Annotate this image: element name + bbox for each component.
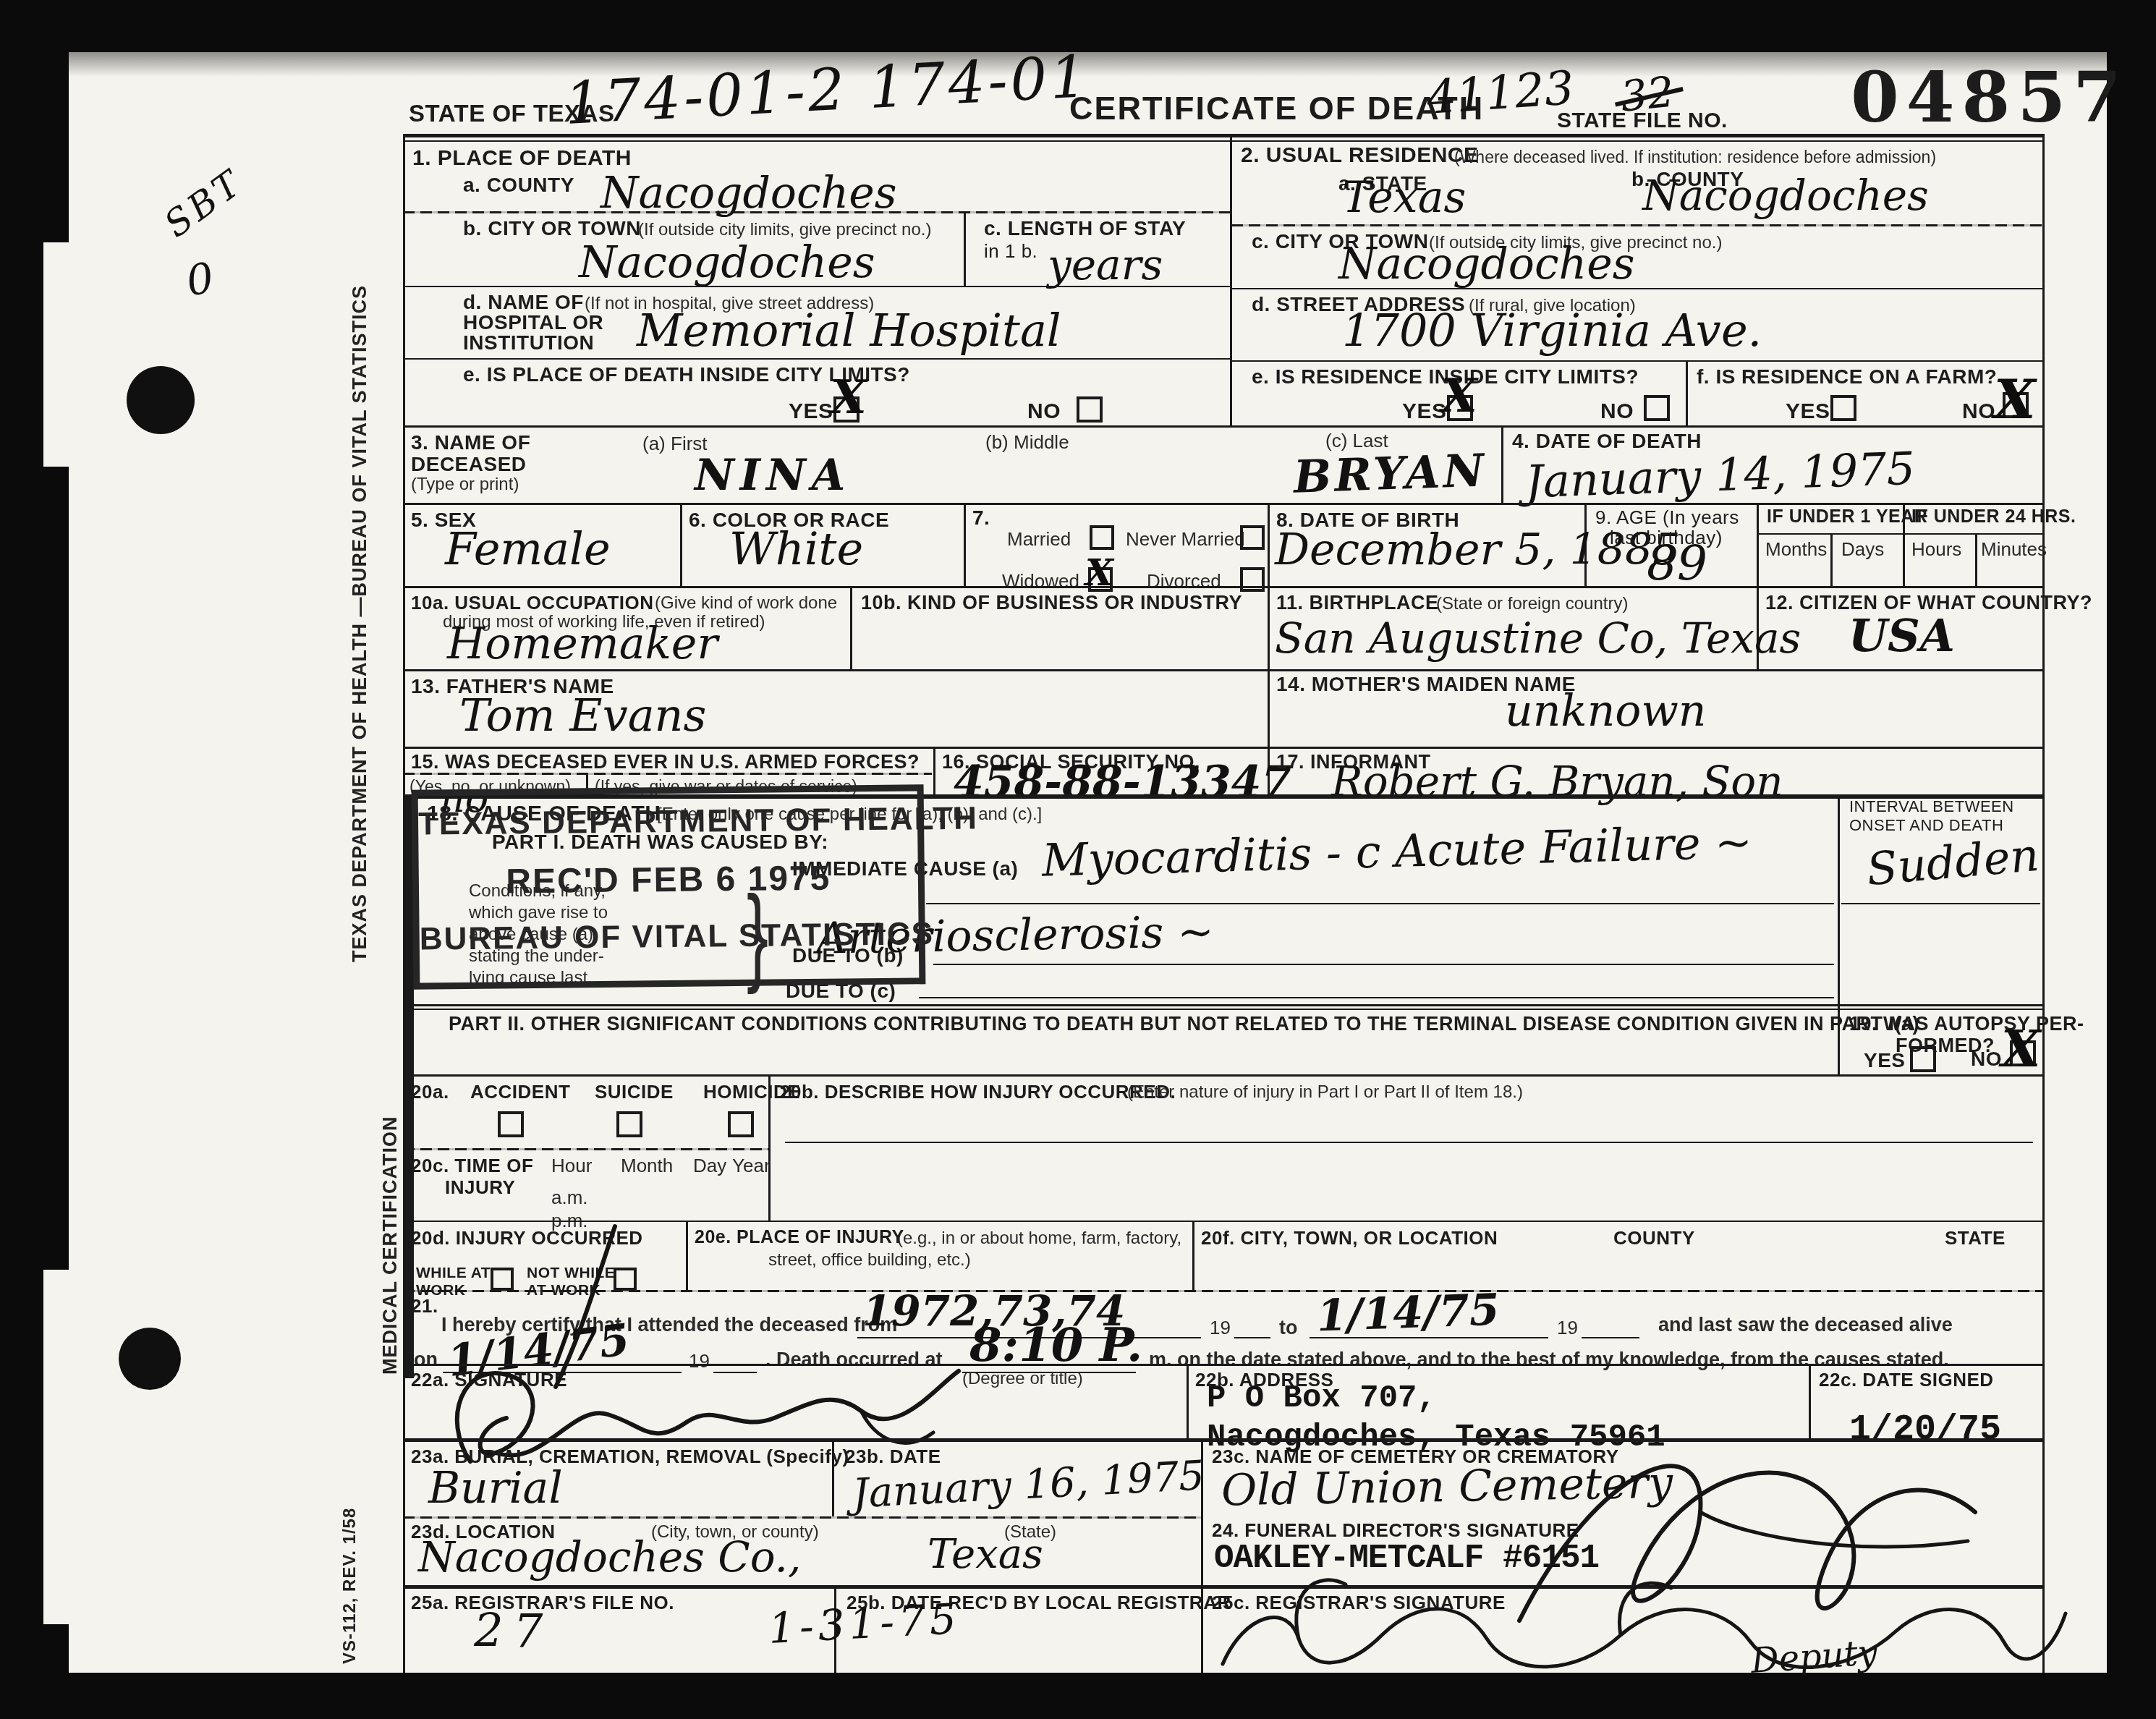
residence-limits-yes-mark: X — [1441, 369, 1477, 423]
hospital-label3: INSTITUTION — [463, 331, 594, 355]
farm-yes-checkbox — [1830, 395, 1856, 421]
length-of-stay-label: c. LENGTH OF STAY — [984, 217, 1186, 240]
registrar-signature — [1201, 1563, 2084, 1700]
name-of-label: 3. NAME OF — [411, 431, 530, 454]
to-label: to — [1279, 1317, 1297, 1339]
autopsy-yes-label: YES — [1864, 1049, 1906, 1072]
industry-label: 10b. KIND OF BUSINESS OR INDUSTRY — [861, 592, 1242, 614]
certify-text3: m. on the date stated above, and to the … — [1149, 1349, 1949, 1371]
while-at-work-label: WHILE AT — [416, 1265, 491, 1282]
autopsy-yes-checkbox — [1910, 1046, 1936, 1072]
time-of-injury-label: 20c. TIME OF — [411, 1155, 533, 1177]
farm-label: f. IS RESIDENCE ON A FARM? — [1697, 365, 1997, 389]
injury-state-label: STATE — [1945, 1227, 2006, 1249]
days-label: Days — [1841, 538, 1884, 561]
pod-limits-yes-mark: X — [831, 370, 867, 425]
describe-injury-label: 20b. DESCRIBE HOW INJURY OCCURRED. — [780, 1081, 1176, 1103]
armed-forces-label: 15. WAS DECEASED EVER IN U.S. ARMED FORC… — [411, 751, 920, 773]
year-prefix-2: 19 — [1557, 1317, 1578, 1339]
scan-edge-left-mid — [0, 467, 69, 1270]
last-name-value: BRYAN — [1293, 443, 1487, 503]
pod-limits-no-label: NO — [1027, 399, 1061, 424]
street-address-value: 1700 Virginia Ave. — [1342, 304, 1762, 357]
place-of-death-section-label: 1. PLACE OF DEATH — [412, 146, 632, 171]
stamp-line3: BUREAU OF VITAL STATISTICS — [419, 916, 918, 957]
birthplace-label: 11. BIRTHPLACE — [1276, 592, 1439, 614]
interval-label: INTERVAL BETWEEN — [1849, 797, 2014, 816]
autopsy-label: 19. WAS AUTOPSY PER- — [1849, 1013, 2084, 1035]
attended-to-value: 1/14/75 — [1316, 1285, 1501, 1342]
certify-item-label: 21. — [411, 1295, 438, 1317]
pod-limits-no-checkbox — [1077, 396, 1103, 423]
residence-section-hint: (Where deceased lived. If institution: r… — [1454, 148, 1936, 167]
place-of-injury-hint: (e.g., in or about home, farm, factory, — [897, 1228, 1181, 1249]
certificate-title: CERTIFICATE OF DEATH — [1069, 90, 1484, 127]
margin-form-code: VS-112, REV. 1/58 — [340, 1476, 360, 1664]
registrar-file-value: 27 — [474, 1605, 553, 1658]
first-name-value: NINA — [695, 450, 851, 501]
father-value: Tom Evans — [459, 689, 706, 742]
punch-hole-top — [127, 366, 195, 434]
length-of-stay-value: years — [1048, 240, 1163, 289]
homicide-checkbox — [728, 1111, 754, 1137]
year-prefix-1: 19 — [1210, 1317, 1231, 1339]
pod-limits-yes-label: YES — [789, 399, 833, 424]
hospital-value: Memorial Hospital — [637, 304, 1061, 357]
birthplace-value: San Augustine Co, Texas — [1275, 614, 1801, 663]
interval-label2: ONSET AND DEATH — [1849, 816, 2003, 835]
describe-injury-hint: (Enter nature of injury in Part I or Par… — [1127, 1082, 1523, 1103]
residence-state-value: Texas — [1342, 172, 1466, 223]
accident-section-label: 20a. — [411, 1081, 449, 1103]
pen-stroke-artifact — [556, 1226, 621, 1389]
residence-city-value: Nacogdoches — [1338, 239, 1634, 289]
age-value: 89 — [1647, 535, 1707, 591]
margin-vertical-agency: TEXAS DEPARTMENT OF HEALTH —BUREAU OF VI… — [349, 311, 371, 962]
location-state-value: Texas — [928, 1531, 1043, 1578]
farm-yes-label: YES — [1786, 399, 1830, 424]
sex-value: Female — [445, 522, 611, 575]
hour-label: Hour — [551, 1155, 592, 1177]
while-at-work-checkbox — [491, 1268, 514, 1291]
never-married-checkbox — [1240, 525, 1265, 550]
citizen-value: USA — [1849, 609, 1955, 662]
stamp-line2: REC'D FEB 6 1975 — [419, 857, 919, 902]
residence-limits-no-checkbox — [1644, 395, 1670, 421]
residence-county-value: Nacogdoches — [1642, 171, 1929, 220]
autopsy-no-label: NO — [1971, 1048, 2002, 1071]
time-of-injury-label2: INJURY — [445, 1176, 515, 1199]
margin-vertical-medical-certification: MEDICAL CERTIFICATION — [379, 1035, 402, 1375]
type-or-print-hint: (Type or print) — [411, 475, 519, 495]
deceased-label: DECEASED — [411, 453, 527, 476]
accident-checkbox — [498, 1111, 524, 1137]
place-of-injury-label: 20e. PLACE OF INJURY — [695, 1227, 904, 1248]
year-label: Year — [732, 1155, 771, 1177]
certificate-number: 04857 — [1851, 56, 2129, 138]
middle-name-label: (b) Middle — [985, 431, 1069, 454]
scan-edge-right — [2107, 0, 2156, 1719]
part2-label: PART II. OTHER SIGNIFICANT CONDITIONS CO… — [449, 1013, 1919, 1035]
mother-value: unknown — [1505, 686, 1706, 737]
minutes-label: Minutes — [1981, 538, 2047, 561]
married-checkbox — [1090, 525, 1114, 550]
month-label: Month — [621, 1155, 673, 1177]
burial-value: Burial — [428, 1463, 563, 1514]
am-label: a.m. — [551, 1187, 588, 1209]
autopsy-no-mark: X — [2001, 1019, 2040, 1079]
occupation-value: Homemaker — [447, 619, 718, 669]
residence-section-label: 2. USUAL RESIDENCE — [1241, 143, 1479, 168]
if-under-year-label: IF UNDER 1 YEAR — [1767, 506, 1927, 527]
occupation-label: 10a. USUAL OCCUPATION — [411, 592, 654, 614]
injury-city-label: 20f. CITY, TOWN, OR LOCATION — [1201, 1227, 1498, 1249]
place-of-injury-hint2: street, office building, etc.) — [768, 1250, 971, 1270]
punch-hole-bottom — [119, 1328, 181, 1390]
day-label: Day — [693, 1155, 726, 1177]
suicide-label: SUICIDE — [595, 1081, 674, 1103]
pod-city-value: Nacogdoches — [579, 237, 875, 288]
farm-no-label: NO — [1962, 399, 1995, 424]
divorced-label: Divorced — [1147, 570, 1221, 593]
state-file-no-label: STATE FILE NO. — [1557, 109, 1728, 133]
stamp-line1: TEXAS DEPARTMENT OF HEALTH — [418, 801, 917, 842]
accident-label: ACCIDENT — [470, 1081, 570, 1103]
if-under-24-label: IF UNDER 24 HRS. — [1911, 506, 2076, 527]
burial-date-label: 23b. DATE — [845, 1446, 941, 1468]
scanned-death-certificate: SBT 0 TEXAS DEPARTMENT OF HEALTH —BUREAU… — [0, 0, 2156, 1719]
address-value-line1: P O Box 707, — [1207, 1380, 1436, 1417]
age-label: 9. AGE (In years — [1595, 506, 1739, 529]
birthplace-hint: (State or foreign country) — [1436, 594, 1628, 614]
months-label: Months — [1765, 538, 1827, 561]
scan-edge-left-upper — [0, 0, 69, 242]
degree-title-label: (Degree or title) — [962, 1369, 1083, 1389]
pod-county-label: a. COUNTY — [463, 174, 574, 197]
handwritten-file-number: 41123 — [1425, 61, 1576, 125]
race-value: White — [729, 522, 863, 575]
date-of-death-label: 4. DATE OF DEATH — [1512, 430, 1702, 453]
married-label: Married — [1007, 528, 1071, 551]
hours-label: Hours — [1911, 538, 1961, 561]
farm-no-mark: X — [1994, 369, 2035, 431]
never-married-label: Never Married — [1126, 528, 1245, 551]
ssn-value: 458-88-13347 — [954, 757, 1291, 807]
occupation-hint: (Give kind of work done — [655, 593, 837, 614]
length-of-stay-sub: in 1 b. — [984, 240, 1037, 263]
residence-limits-yes-label: YES — [1402, 399, 1447, 424]
marital-section-label: 7. — [972, 506, 990, 530]
injury-county-label: COUNTY — [1613, 1227, 1695, 1249]
certify-text2: and last saw the deceased alive — [1658, 1314, 1953, 1336]
suicide-checkbox — [616, 1111, 642, 1137]
widowed-label: Widowed — [1002, 570, 1079, 593]
date-signed-label: 22c. DATE SIGNED — [1819, 1369, 1994, 1391]
residence-limits-no-label: NO — [1600, 399, 1634, 424]
received-stamp: TEXAS DEPARTMENT OF HEALTH REC'D FEB 6 1… — [412, 784, 926, 989]
location-value: Nacogdoches Co., — [418, 1532, 801, 1582]
scan-edge-left-lower — [0, 1624, 69, 1719]
registrar-date-value: 1-31-75 — [767, 1594, 962, 1653]
